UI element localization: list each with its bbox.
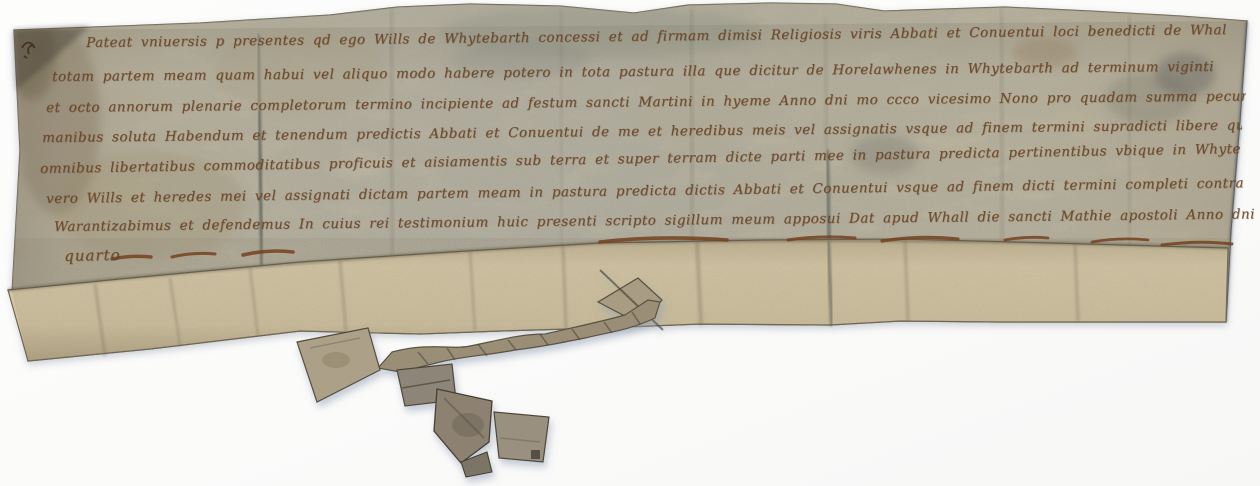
parchment-artwork: [0, 0, 1260, 486]
seal-tag-piece-right: [494, 412, 549, 462]
scanned-charter-photo: Pateat vniuersis p presentes qd ego Will…: [0, 0, 1260, 486]
